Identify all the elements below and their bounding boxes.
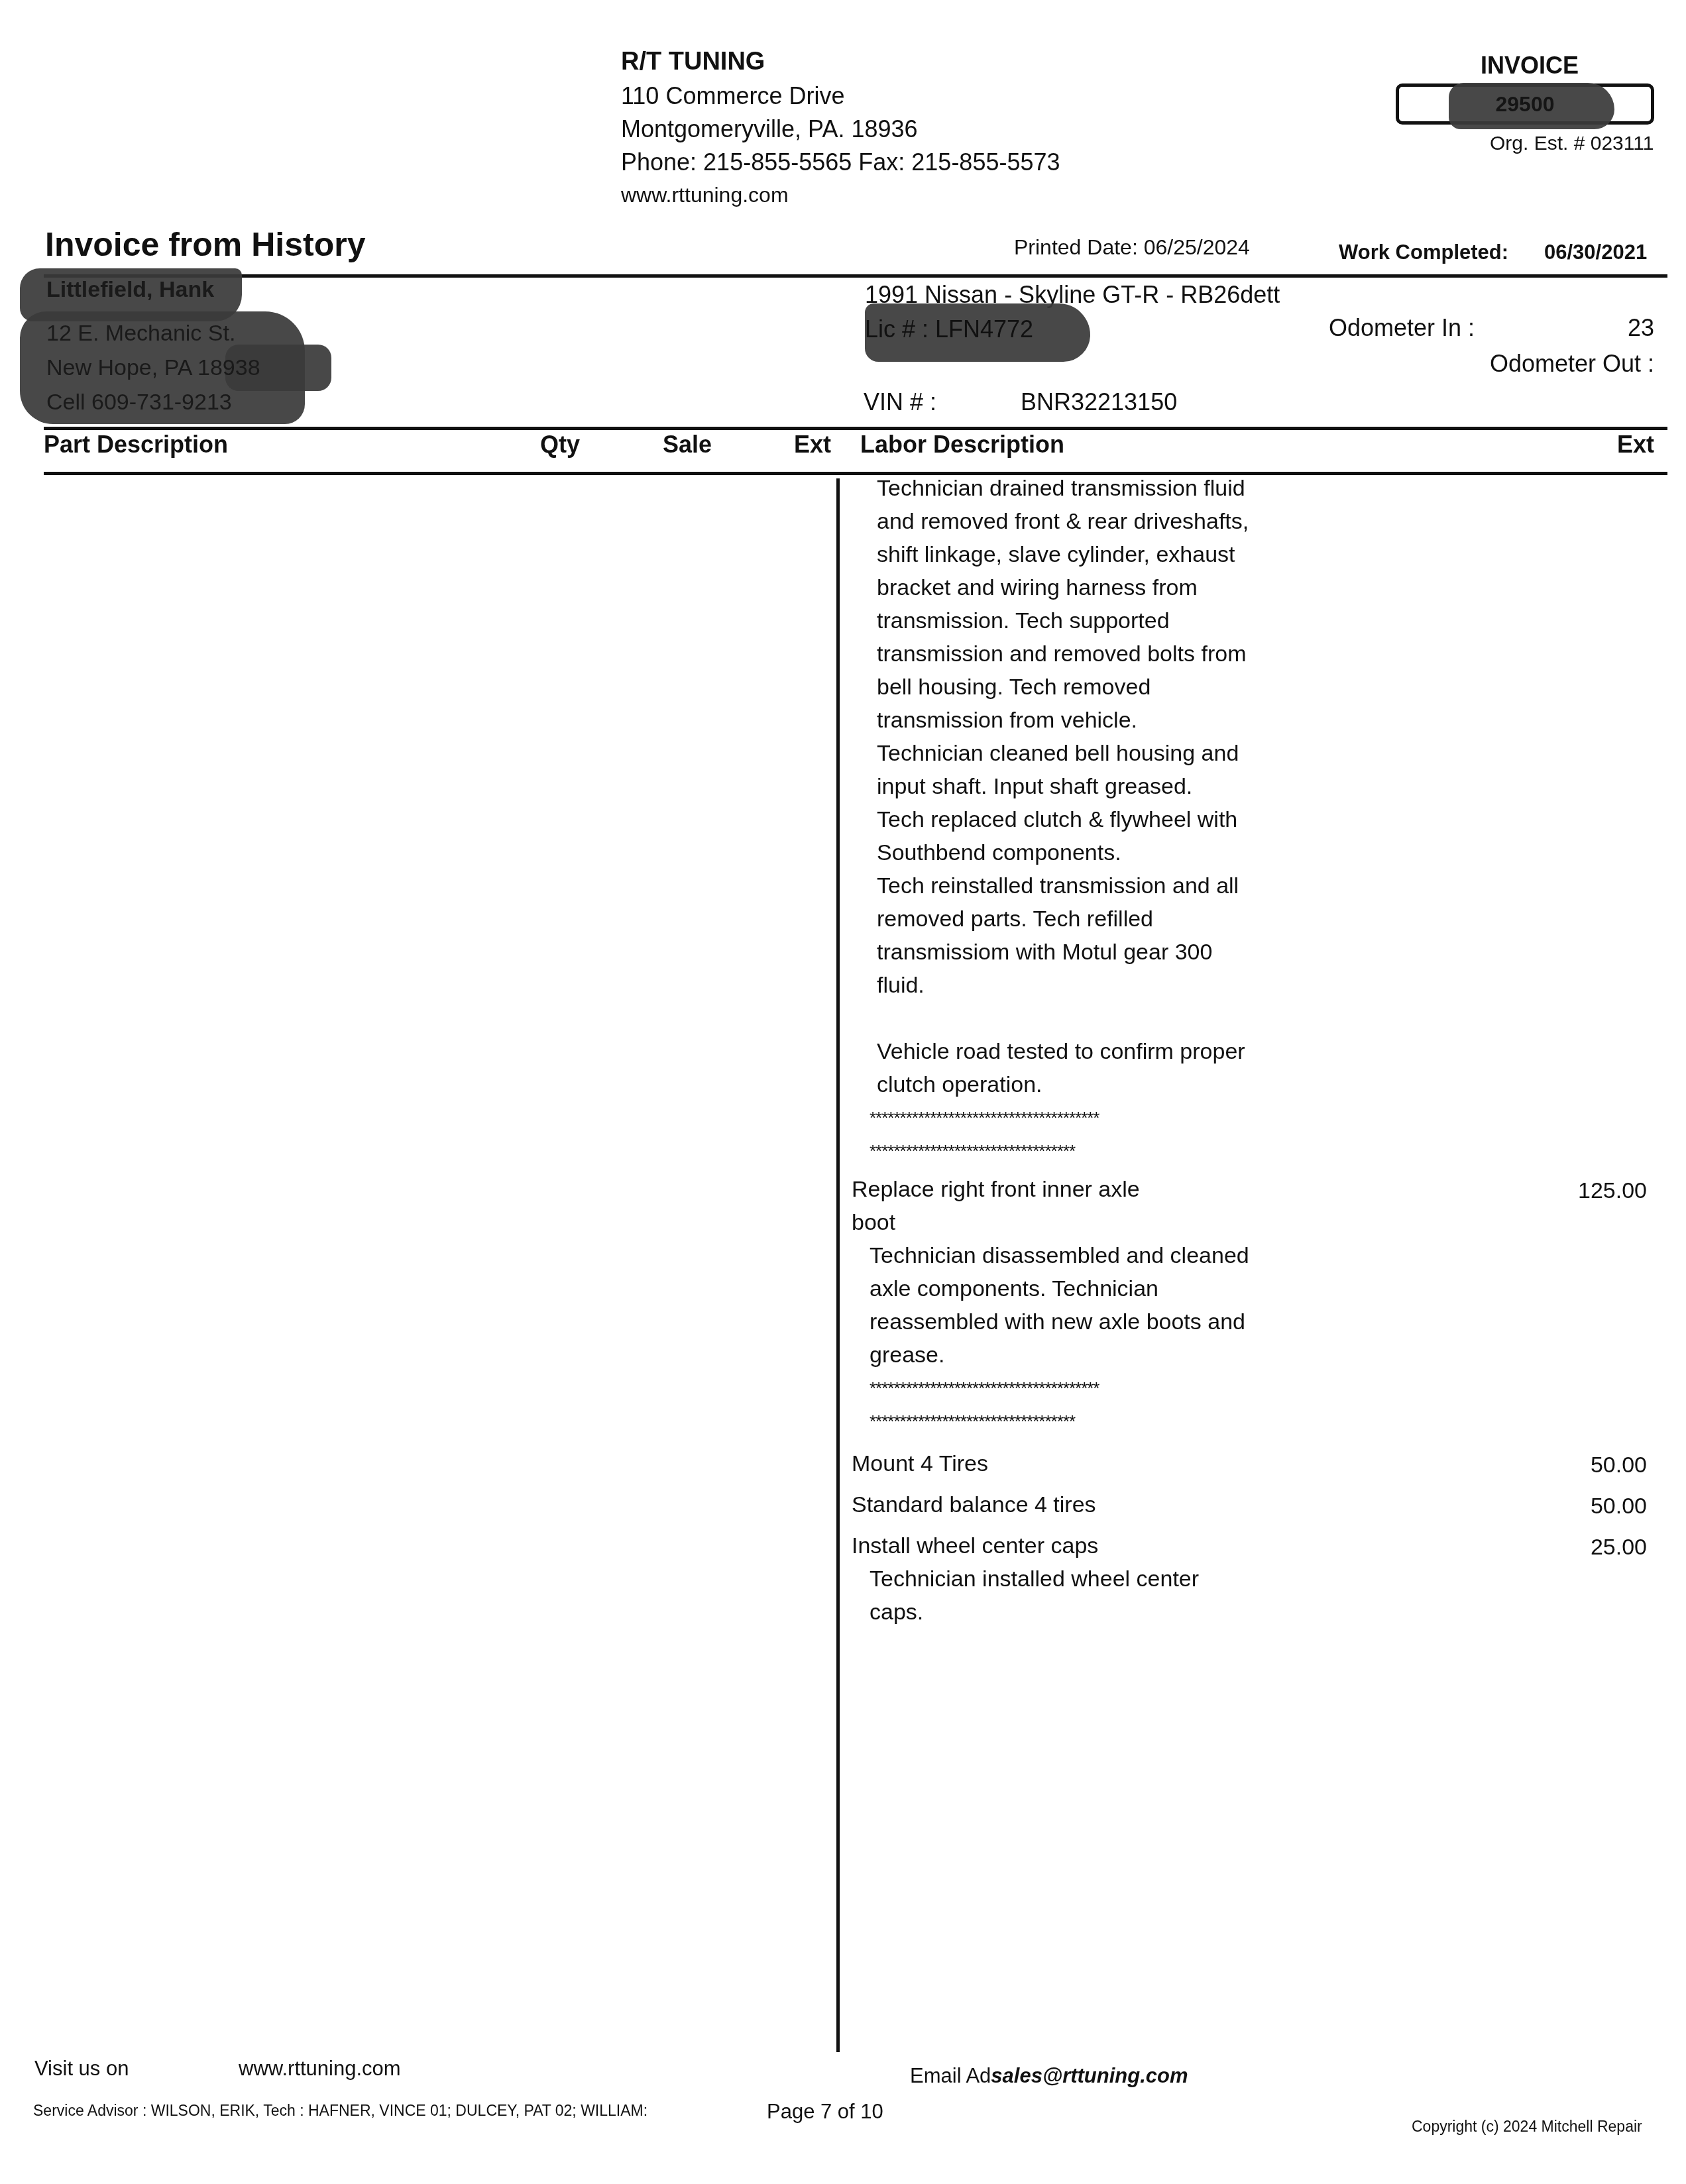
company-name: R/T TUNING xyxy=(621,48,765,76)
labor-notes: Technician drained transmission fluid an… xyxy=(852,472,1288,1101)
copyright: Copyright (c) 2024 Mitchell Repair xyxy=(1412,2118,1642,2136)
work-completed-date: 06/30/2021 xyxy=(1544,241,1647,264)
header-divider xyxy=(44,274,1667,278)
company-website: www.rttuning.com xyxy=(621,183,789,207)
vehicle-license: Lic # : LFN4772 xyxy=(865,315,1033,343)
labor-line: Standard balance 4 tires 50.00 xyxy=(852,1488,1667,1529)
column-header-top-rule xyxy=(44,427,1667,430)
page-title: Invoice from History xyxy=(45,225,365,264)
column-ext: Ext xyxy=(794,431,831,459)
labor-separator: ************************************** xyxy=(852,1101,1667,1134)
labor-notes: Technician disassembled and cleaned axle… xyxy=(852,1239,1280,1372)
org-estimate-number: Org. Est. # 023111 xyxy=(1490,133,1654,155)
labor-separator: ********************************** xyxy=(852,1405,1667,1438)
column-part-description: Part Description xyxy=(44,431,228,459)
customer-name: Littlefield, Hank xyxy=(46,277,214,303)
labor-line: Mount 4 Tires 50.00 xyxy=(852,1447,1667,1488)
vin-value: BNR32213150 xyxy=(1021,388,1177,416)
column-qty: Qty xyxy=(540,431,580,459)
invoice-number-box: 29500 xyxy=(1396,83,1654,125)
odometer-in-label: Odometer In : xyxy=(1329,314,1475,342)
customer-city-state-zip: New Hope, PA 18938 xyxy=(46,355,260,381)
labor-amount: 125.00 xyxy=(1578,1178,1647,1204)
footer-visit-label: Visit us on xyxy=(34,2057,129,2081)
company-address-line1: 110 Commerce Drive xyxy=(621,82,844,110)
company-phone-fax: Phone: 215-855-5565 Fax: 215-855-5573 xyxy=(621,148,1060,176)
invoice-number: 29500 xyxy=(1399,92,1651,117)
footer-service-advisor: Service Advisor : WILSON, ERIK, Tech : H… xyxy=(33,2102,647,2120)
labor-separator: ************************************** xyxy=(852,1372,1667,1405)
labor-title: Install wheel center caps xyxy=(852,1529,1170,1562)
labor-line: Install wheel center caps 25.00 Technici… xyxy=(852,1529,1667,1629)
labor-separator: ********************************** xyxy=(852,1134,1667,1168)
column-labor-description: Labor Description xyxy=(860,431,1064,459)
labor-amount: 50.00 xyxy=(1591,1494,1647,1519)
labor-line: Technician drained transmission fluid an… xyxy=(852,472,1667,1168)
column-labor-ext: Ext xyxy=(1617,431,1654,459)
footer-email: Email Adsales@rttuning.com xyxy=(910,2064,1188,2088)
printed-date: Printed Date: 06/25/2024 xyxy=(1014,235,1250,260)
page-number: Page 7 of 10 xyxy=(767,2100,883,2124)
labor-amount: 25.00 xyxy=(1591,1535,1647,1560)
odometer-out-label: Odometer Out : xyxy=(1490,350,1654,378)
vin-label: VIN # : xyxy=(864,388,936,416)
invoice-label: INVOICE xyxy=(1481,52,1579,80)
column-sale: Sale xyxy=(663,431,712,459)
footer-email-link[interactable]: sales@rttuning.com xyxy=(991,2064,1188,2087)
labor-title: Replace right front inner axle boot xyxy=(852,1173,1170,1239)
labor-line: Replace right front inner axle boot 125.… xyxy=(852,1173,1667,1438)
customer-phone: Cell 609-731-9213 xyxy=(46,390,232,415)
customer-street: 12 E. Mechanic St. xyxy=(46,321,235,347)
labor-title: Mount 4 Tires xyxy=(852,1447,1170,1480)
company-address-line2: Montgomeryville, PA. 18936 xyxy=(621,115,918,143)
labor-notes: Technician installed wheel center caps. xyxy=(852,1562,1280,1629)
labor-amount: 50.00 xyxy=(1591,1452,1647,1478)
parts-labor-divider xyxy=(836,478,840,2052)
work-completed-label: Work Completed: xyxy=(1339,241,1508,264)
footer-website-link[interactable]: www.rttuning.com xyxy=(239,2057,401,2081)
odometer-in-value: 23 xyxy=(1628,314,1654,342)
labor-title: Standard balance 4 tires xyxy=(852,1488,1170,1521)
labor-list: Technician drained transmission fluid an… xyxy=(852,472,1667,1629)
footer-email-label: Email Ad xyxy=(910,2064,991,2087)
